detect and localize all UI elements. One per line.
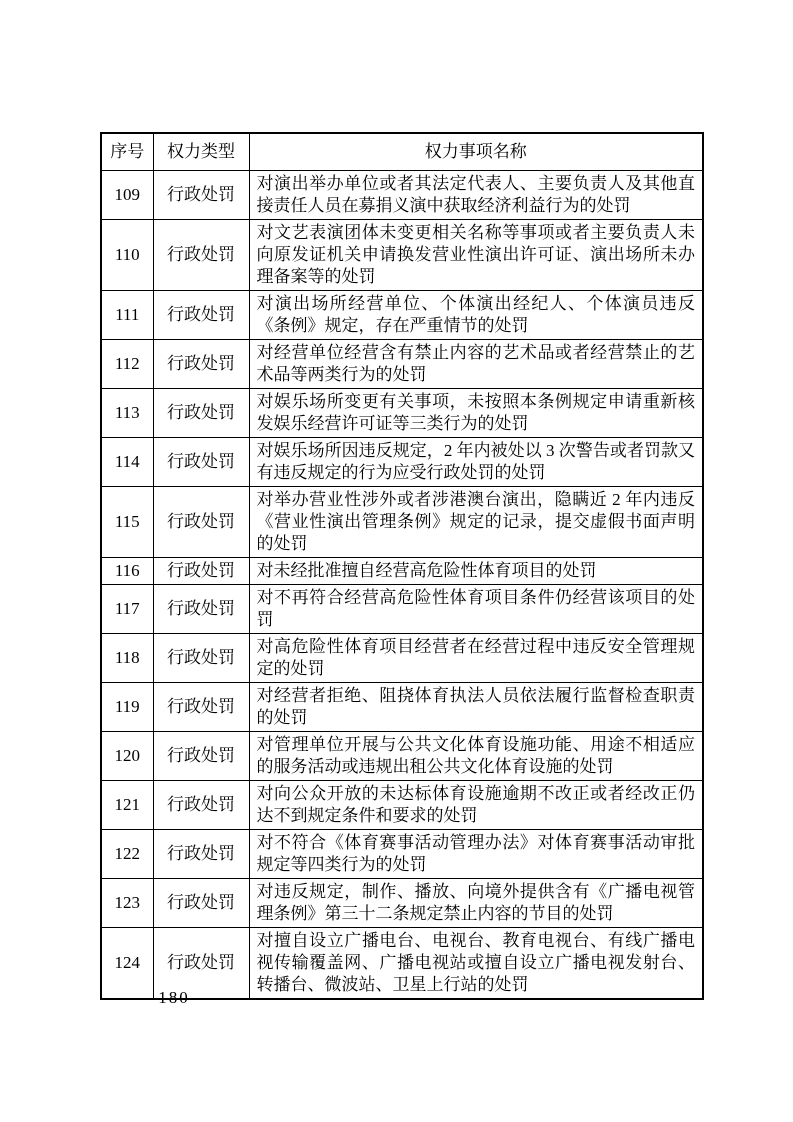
table-row: 117 行政处罚 对不再符合经营高危险性体育项目条件仍经营该项目的处罚 — [101, 585, 703, 634]
table-row: 118 行政处罚 对高危险性体育项目经营者在经营过程中违反安全管理规定的处罚 — [101, 634, 703, 683]
serial-cell: 122 — [101, 830, 153, 879]
serial-cell: 118 — [101, 634, 153, 683]
power-type-cell: 行政处罚 — [153, 781, 249, 830]
power-type-cell: 行政处罚 — [153, 830, 249, 879]
power-type-cell: 行政处罚 — [153, 171, 249, 220]
serial-cell: 110 — [101, 220, 153, 291]
power-name-cell: 对举办营业性涉外或者涉港澳台演出，隐瞒近 2 年内违反《营业性演出管理条例》规定… — [249, 487, 703, 558]
table-row: 114 行政处罚 对娱乐场所因违反规定，2 年内被处以 3 次警告或者罚款又有违… — [101, 438, 703, 487]
serial-cell: 114 — [101, 438, 153, 487]
power-name-cell: 对管理单位开展与公共文化体育设施功能、用途不相适应的服务活动或违规出租公共文化体… — [249, 732, 703, 781]
power-type-cell: 行政处罚 — [153, 634, 249, 683]
serial-cell: 119 — [101, 683, 153, 732]
power-name-cell: 对不符合《体育赛事活动管理办法》对体育赛事活动审批规定等四类行为的处罚 — [249, 830, 703, 879]
power-name-cell: 对娱乐场所变更有关事项，未按照本条例规定申请重新核发娱乐经营许可证等三类行为的处… — [249, 389, 703, 438]
table-row: 123 行政处罚 对违反规定，制作、播放、向境外提供含有《广播电视管理条例》第三… — [101, 879, 703, 928]
power-type-cell: 行政处罚 — [153, 291, 249, 340]
document-page: 序号 权力类型 权力事项名称 109 行政处罚 对演出举办单位或者其法定代表人、… — [0, 0, 793, 1122]
table-row: 110 行政处罚 对文艺表演团体未变更相关名称等事项或者主要负责人未向原发证机关… — [101, 220, 703, 291]
table-row: 111 行政处罚 对演出场所经营单位、个体演出经纪人、个体演员违反《条例》规定，… — [101, 291, 703, 340]
table-row: 113 行政处罚 对娱乐场所变更有关事项，未按照本条例规定申请重新核发娱乐经营许… — [101, 389, 703, 438]
serial-cell: 115 — [101, 487, 153, 558]
serial-cell: 123 — [101, 879, 153, 928]
table-header-row: 序号 权力类型 权力事项名称 — [101, 133, 703, 171]
power-type-cell: 行政处罚 — [153, 683, 249, 732]
table-row: 119 行政处罚 对经营者拒绝、阻挠体育执法人员依法履行监督检查职责的处罚 — [101, 683, 703, 732]
power-type-cell: 行政处罚 — [153, 732, 249, 781]
power-name-cell: 对擅自设立广播电台、电视台、教育电视台、有线广播电视传输覆盖网、广播电视站或擅自… — [249, 928, 703, 1000]
serial-cell: 117 — [101, 585, 153, 634]
power-type-cell: 行政处罚 — [153, 438, 249, 487]
power-name-cell: 对不再符合经营高危险性体育项目条件仍经营该项目的处罚 — [249, 585, 703, 634]
power-type-cell: 行政处罚 — [153, 389, 249, 438]
table-row: 112 行政处罚 对经营单位经营含有禁止内容的艺术品或者经营禁止的艺术品等两类行… — [101, 340, 703, 389]
power-type-cell: 行政处罚 — [153, 487, 249, 558]
power-name-cell: 对经营者拒绝、阻挠体育执法人员依法履行监督检查职责的处罚 — [249, 683, 703, 732]
serial-cell: 113 — [101, 389, 153, 438]
power-name-cell: 对娱乐场所因违反规定，2 年内被处以 3 次警告或者罚款又有违反规定的行为应受行… — [249, 438, 703, 487]
page-number: — 180 — — [133, 988, 215, 1008]
power-type-cell: 行政处罚 — [153, 340, 249, 389]
power-name-cell: 对文艺表演团体未变更相关名称等事项或者主要负责人未向原发证机关申请换发营业性演出… — [249, 220, 703, 291]
power-name-cell: 对演出场所经营单位、个体演出经纪人、个体演员违反《条例》规定，存在严重情节的处罚 — [249, 291, 703, 340]
column-header-power-type: 权力类型 — [153, 133, 249, 171]
column-header-power-item-name: 权力事项名称 — [249, 133, 703, 171]
power-name-cell: 对向公众开放的未达标体育设施逾期不改正或者经改正仍达不到规定条件和要求的处罚 — [249, 781, 703, 830]
power-type-cell: 行政处罚 — [153, 220, 249, 291]
table-row: 122 行政处罚 对不符合《体育赛事活动管理办法》对体育赛事活动审批规定等四类行… — [101, 830, 703, 879]
serial-cell: 109 — [101, 171, 153, 220]
power-type-cell: 行政处罚 — [153, 879, 249, 928]
serial-cell: 120 — [101, 732, 153, 781]
serial-cell: 111 — [101, 291, 153, 340]
column-header-serial: 序号 — [101, 133, 153, 171]
serial-cell: 121 — [101, 781, 153, 830]
table-row: 115 行政处罚 对举办营业性涉外或者涉港澳台演出，隐瞒近 2 年内违反《营业性… — [101, 487, 703, 558]
table-row: 116 行政处罚 对未经批准擅自经营高危险性体育项目的处罚 — [101, 558, 703, 585]
power-name-cell: 对违反规定，制作、播放、向境外提供含有《广播电视管理条例》第三十二条规定禁止内容… — [249, 879, 703, 928]
serial-cell: 116 — [101, 558, 153, 585]
power-type-cell: 行政处罚 — [153, 585, 249, 634]
power-name-cell: 对经营单位经营含有禁止内容的艺术品或者经营禁止的艺术品等两类行为的处罚 — [249, 340, 703, 389]
power-items-table: 序号 权力类型 权力事项名称 109 行政处罚 对演出举办单位或者其法定代表人、… — [100, 132, 704, 1000]
power-name-cell: 对未经批准擅自经营高危险性体育项目的处罚 — [249, 558, 703, 585]
table-row: 109 行政处罚 对演出举办单位或者其法定代表人、主要负责人及其他直接责任人员在… — [101, 171, 703, 220]
power-type-cell: 行政处罚 — [153, 558, 249, 585]
serial-cell: 112 — [101, 340, 153, 389]
table-row: 120 行政处罚 对管理单位开展与公共文化体育设施功能、用途不相适应的服务活动或… — [101, 732, 703, 781]
power-name-cell: 对演出举办单位或者其法定代表人、主要负责人及其他直接责任人员在募捐义演中获取经济… — [249, 171, 703, 220]
table-row: 121 行政处罚 对向公众开放的未达标体育设施逾期不改正或者经改正仍达不到规定条… — [101, 781, 703, 830]
power-name-cell: 对高危险性体育项目经营者在经营过程中违反安全管理规定的处罚 — [249, 634, 703, 683]
